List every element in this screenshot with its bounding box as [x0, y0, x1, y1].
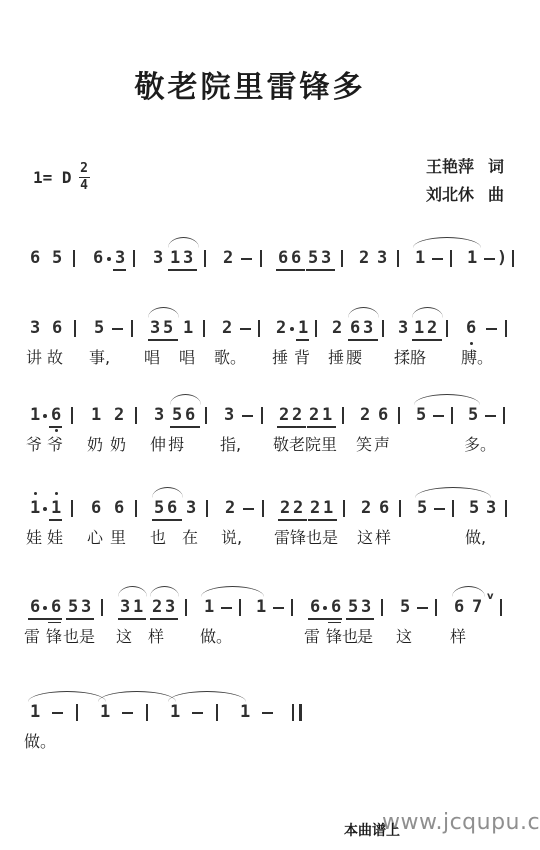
note: 3: [363, 318, 373, 338]
lyric-syllable: 锋: [290, 525, 306, 548]
lyric-syllable: 事,: [89, 345, 110, 368]
beat-underline: [150, 618, 178, 620]
barline: [73, 250, 75, 267]
note: 3: [186, 498, 196, 518]
beat-underline: [346, 618, 374, 620]
note: 1: [414, 318, 424, 338]
time-signature: 2 4: [79, 162, 90, 193]
note: 3: [150, 318, 160, 338]
lyric-syllable: 指,: [220, 432, 241, 455]
note: 6: [30, 597, 40, 617]
lyric-syllable: 是: [322, 525, 338, 548]
note: 5: [94, 318, 104, 338]
note: 6: [378, 405, 388, 425]
barline: [399, 500, 401, 517]
beat-underline: [412, 339, 442, 341]
note: 1: [204, 597, 214, 617]
barline: [452, 500, 454, 517]
note: 2: [152, 597, 162, 617]
note: 3: [154, 405, 164, 425]
lyricist-role: 词: [488, 153, 504, 181]
note: 5: [52, 248, 62, 268]
note: 1: [467, 248, 477, 268]
lyric-syllable: 老: [289, 432, 305, 455]
slur-tie-arc: [415, 487, 491, 498]
note: 6: [51, 597, 61, 617]
note: 3: [153, 248, 163, 268]
note: 2: [332, 318, 342, 338]
barline: [435, 599, 437, 616]
lyric-syllable: 锋: [46, 624, 62, 647]
lyric-syllable: 说,: [221, 525, 242, 548]
note: 2: [360, 405, 370, 425]
lyric-syllable: 做。: [200, 624, 232, 647]
duration-dash: [192, 712, 203, 714]
barline: [206, 500, 208, 517]
augmentation-dot: [290, 327, 294, 331]
lyric-syllable: 声: [374, 432, 390, 455]
beat-underline: [113, 269, 126, 271]
duration-dash: [243, 508, 254, 510]
duration-dash: [240, 328, 251, 330]
note: 1: [100, 702, 110, 722]
duration-dash: [262, 712, 273, 714]
watermark-note: 本曲谱上: [344, 820, 400, 840]
augmentation-dot: [43, 414, 47, 418]
note: 2: [359, 248, 369, 268]
beat-underline: [170, 426, 200, 428]
note: 2: [309, 405, 319, 425]
slur-tie-arc: [412, 307, 443, 318]
note: 3: [398, 318, 408, 338]
barline: [450, 250, 452, 267]
lyric-syllable: 揉: [394, 345, 410, 368]
note: 2: [223, 248, 233, 268]
duration-dash: [417, 607, 428, 609]
slur-tie-arc: [201, 586, 264, 597]
lyric-syllable: 背: [294, 345, 310, 368]
barline: [146, 704, 148, 721]
composer-name: 刘北休: [426, 181, 474, 209]
lyric-syllable: 也: [150, 525, 166, 548]
lyric-syllable: 也: [306, 525, 322, 548]
note: 1: [170, 702, 180, 722]
barline: [135, 407, 137, 424]
lyric-syllable: 奶: [110, 432, 126, 455]
note: 5: [400, 597, 410, 617]
lyric-syllable: 雷: [304, 624, 320, 647]
note: 6: [52, 318, 62, 338]
slur-tie-arc: [28, 691, 106, 702]
note: 3: [361, 597, 371, 617]
lyric-syllable: 捶: [272, 345, 288, 368]
beat-underline: [48, 622, 61, 624]
lyric-syllable: 拇: [168, 432, 184, 455]
augmentation-dot: [107, 257, 111, 261]
note: 6: [466, 318, 476, 338]
octave-dot-high: [34, 492, 37, 495]
beat-underline: [307, 426, 336, 428]
barline: [291, 599, 293, 616]
lyric-syllable: 雷: [274, 525, 290, 548]
lyric-syllable: 做。: [24, 729, 56, 752]
barline: [262, 500, 264, 517]
note: 1: [323, 498, 333, 518]
barline: [451, 407, 453, 424]
duration-dash: [432, 258, 443, 260]
note: 1: [240, 702, 250, 722]
slur-tie-arc: [168, 237, 199, 248]
beat-underline: [308, 519, 337, 521]
lyricist-credit: 王艳萍 词: [426, 153, 504, 181]
augmentation-dot: [323, 606, 327, 610]
note: 1: [51, 498, 61, 518]
final-barline: [292, 704, 302, 721]
lyric-syllable: 心: [87, 525, 103, 548]
lyric-syllable: 在: [182, 525, 198, 548]
note: 6: [454, 597, 464, 617]
lyric-syllable: 是: [357, 624, 373, 647]
barline: [204, 250, 206, 267]
note: 2: [225, 498, 235, 518]
note: 6: [91, 498, 101, 518]
note: 1: [298, 318, 308, 338]
octave-dot-high: [55, 492, 58, 495]
sheet-music-page: 敬老院里雷锋多 1= D 2 4 王艳萍 词 刘北休 曲 65633132665…: [0, 0, 540, 850]
lyric-syllable: 唱: [179, 345, 195, 368]
lyric-syllable: 样: [375, 525, 391, 548]
note: 2: [279, 405, 289, 425]
barline: [260, 250, 262, 267]
note: 1: [30, 405, 40, 425]
barline: [135, 500, 137, 517]
lyric-syllable: 奶: [87, 432, 103, 455]
barline: [503, 407, 505, 424]
note: 1: [133, 597, 143, 617]
note: 6: [310, 597, 320, 617]
note: 3: [377, 248, 387, 268]
note: 3: [224, 405, 234, 425]
lyric-syllable: 是: [79, 624, 95, 647]
beat-underline: [277, 426, 306, 428]
note: 1: [30, 498, 40, 518]
note: 3: [120, 597, 130, 617]
lyric-syllable: 笑: [356, 432, 372, 455]
augmentation-dot: [43, 606, 47, 610]
watermark-url: www.jcqupu.com: [382, 810, 540, 835]
note: 6: [350, 318, 360, 338]
note: 2: [427, 318, 437, 338]
note: 6: [185, 405, 195, 425]
time-signature-numerator: 2: [80, 162, 88, 176]
barline: [71, 407, 73, 424]
note: 7: [472, 597, 482, 617]
lyric-syllable: 也: [342, 624, 358, 647]
song-title: 敬老院里雷锋多: [0, 62, 500, 106]
barline: [133, 250, 135, 267]
note: 3: [81, 597, 91, 617]
duration-dash: [433, 415, 444, 417]
slur-tie-arc: [152, 487, 183, 498]
beat-underline: [118, 618, 146, 620]
lyric-syllable: 这: [396, 624, 412, 647]
slur-tie-arc: [118, 586, 147, 597]
slur-tie-arc: [148, 307, 179, 318]
beat-underline: [49, 519, 62, 521]
duration-dash: [273, 607, 284, 609]
lyric-syllable: 做,: [465, 525, 486, 548]
barline: [505, 320, 507, 337]
note: 5: [68, 597, 78, 617]
beat-underline: [28, 618, 62, 620]
time-signature-denominator: 4: [80, 179, 88, 193]
key-text: 1= D: [33, 168, 72, 187]
note: 6: [331, 597, 341, 617]
note: 2: [292, 405, 302, 425]
lyric-syllable: 敬: [273, 432, 289, 455]
note: 6: [167, 498, 177, 518]
barline: [216, 704, 218, 721]
beat-underline: [296, 339, 309, 341]
duration-dash: [52, 712, 63, 714]
note: 3: [486, 498, 496, 518]
lyric-syllable: 院: [305, 432, 321, 455]
note: 5: [468, 405, 478, 425]
barline: [398, 407, 400, 424]
lyric-syllable: 爷: [26, 432, 42, 455]
lyric-syllable: 伸: [150, 432, 166, 455]
beat-underline: [49, 426, 62, 428]
barline: [205, 407, 207, 424]
lyric-syllable: 里: [321, 432, 337, 455]
beat-underline: [306, 269, 335, 271]
lyric-syllable: 膊。: [461, 345, 493, 368]
note: 5: [163, 318, 173, 338]
lyric-syllable: 多。: [464, 432, 496, 455]
lyric-syllable: 故: [47, 345, 63, 368]
note: 1: [415, 248, 425, 268]
barline: [382, 320, 384, 337]
note: 6: [93, 248, 103, 268]
composer-credit: 刘北休 曲: [426, 181, 504, 209]
barline: [397, 250, 399, 267]
note: 6: [30, 248, 40, 268]
duration-dash: [486, 328, 497, 330]
barline: [343, 500, 345, 517]
barline: [261, 407, 263, 424]
barline: [381, 599, 383, 616]
lyricist-name: 王艳萍: [426, 153, 474, 181]
lyric-syllable: 爷: [47, 432, 63, 455]
slur-tie-arc: [348, 307, 379, 318]
note: 1: [322, 405, 332, 425]
barline: [342, 407, 344, 424]
barline: [71, 500, 73, 517]
duration-dash: [221, 607, 232, 609]
barline: [512, 250, 514, 267]
note: 3: [321, 248, 331, 268]
slur-tie-arc: [150, 586, 179, 597]
lyric-syllable: 腰: [346, 345, 362, 368]
note: 1: [183, 318, 193, 338]
lyric-syllable: 也: [63, 624, 79, 647]
composer-role: 曲: [488, 181, 504, 209]
note: 5: [172, 405, 182, 425]
lyric-syllable: 样: [450, 624, 466, 647]
note: 3: [115, 248, 125, 268]
note: 5: [469, 498, 479, 518]
barline: [76, 704, 78, 721]
slur-tie-arc: [170, 394, 201, 405]
note: 5: [416, 405, 426, 425]
beat-underline: [168, 269, 197, 271]
beat-underline: [328, 622, 341, 624]
lyric-syllable: 胳: [410, 345, 426, 368]
beat-underline: [348, 339, 378, 341]
barline: [446, 320, 448, 337]
slur-tie-arc: [413, 237, 481, 248]
augmentation-dot: [43, 507, 47, 511]
lyric-syllable: 这: [357, 525, 373, 548]
barline: [315, 320, 317, 337]
note: 2: [114, 405, 124, 425]
barline: [101, 599, 103, 616]
note: 2: [222, 318, 232, 338]
slur-tie-arc: [452, 586, 485, 597]
note: 5: [417, 498, 427, 518]
note: 1: [170, 248, 180, 268]
note: 5: [348, 597, 358, 617]
note: 5: [154, 498, 164, 518]
lyric-syllable: 捶: [328, 345, 344, 368]
note: 6: [278, 248, 288, 268]
beat-underline: [278, 519, 307, 521]
beat-underline: [276, 269, 305, 271]
duration-dash: [241, 258, 252, 260]
beat-underline: [152, 519, 182, 521]
note: 2: [310, 498, 320, 518]
duration-dash: [112, 328, 123, 330]
breath-mark: v: [487, 591, 494, 602]
barline: [131, 320, 133, 337]
note: 2: [361, 498, 371, 518]
duration-dash: [485, 415, 496, 417]
beat-underline: [66, 618, 94, 620]
lyric-syllable: 锋: [326, 624, 342, 647]
barline: [500, 599, 502, 616]
note: 1: [91, 405, 101, 425]
barline: [258, 320, 260, 337]
duration-dash: [242, 415, 253, 417]
note: 2: [276, 318, 286, 338]
slur-tie-arc: [168, 691, 246, 702]
lyric-syllable: 唱: [144, 345, 160, 368]
lyric-syllable: 雷: [24, 624, 40, 647]
slur-tie-arc: [98, 691, 176, 702]
lyric-syllable: 讲: [26, 345, 42, 368]
note: 1: [256, 597, 266, 617]
note: 6: [114, 498, 124, 518]
note: 3: [183, 248, 193, 268]
credits: 王艳萍 词 刘北休 曲: [426, 153, 504, 209]
lyric-syllable: 这: [116, 624, 132, 647]
note: 2: [280, 498, 290, 518]
beat-underline: [148, 339, 178, 341]
note: 6: [379, 498, 389, 518]
beat-underline: [308, 618, 342, 620]
barline: [203, 320, 205, 337]
close-paren: ): [497, 248, 507, 268]
lyric-syllable: 娃: [47, 525, 63, 548]
lyric-syllable: 样: [148, 624, 164, 647]
note: 1: [30, 702, 40, 722]
duration-dash: [122, 712, 133, 714]
note: 3: [30, 318, 40, 338]
barline: [74, 320, 76, 337]
note: 3: [165, 597, 175, 617]
key-signature: 1= D 2 4: [33, 162, 90, 193]
duration-dash: [434, 508, 445, 510]
barline: [239, 599, 241, 616]
barline: [341, 250, 343, 267]
slur-tie-arc: [414, 394, 480, 405]
lyric-syllable: 里: [110, 525, 126, 548]
note: 6: [51, 405, 61, 425]
barline: [185, 599, 187, 616]
note: 6: [291, 248, 301, 268]
note: 2: [293, 498, 303, 518]
barline: [505, 500, 507, 517]
lyric-syllable: 娃: [26, 525, 42, 548]
duration-dash: [484, 258, 495, 260]
note: 5: [308, 248, 318, 268]
lyric-syllable: 歌。: [214, 345, 246, 368]
